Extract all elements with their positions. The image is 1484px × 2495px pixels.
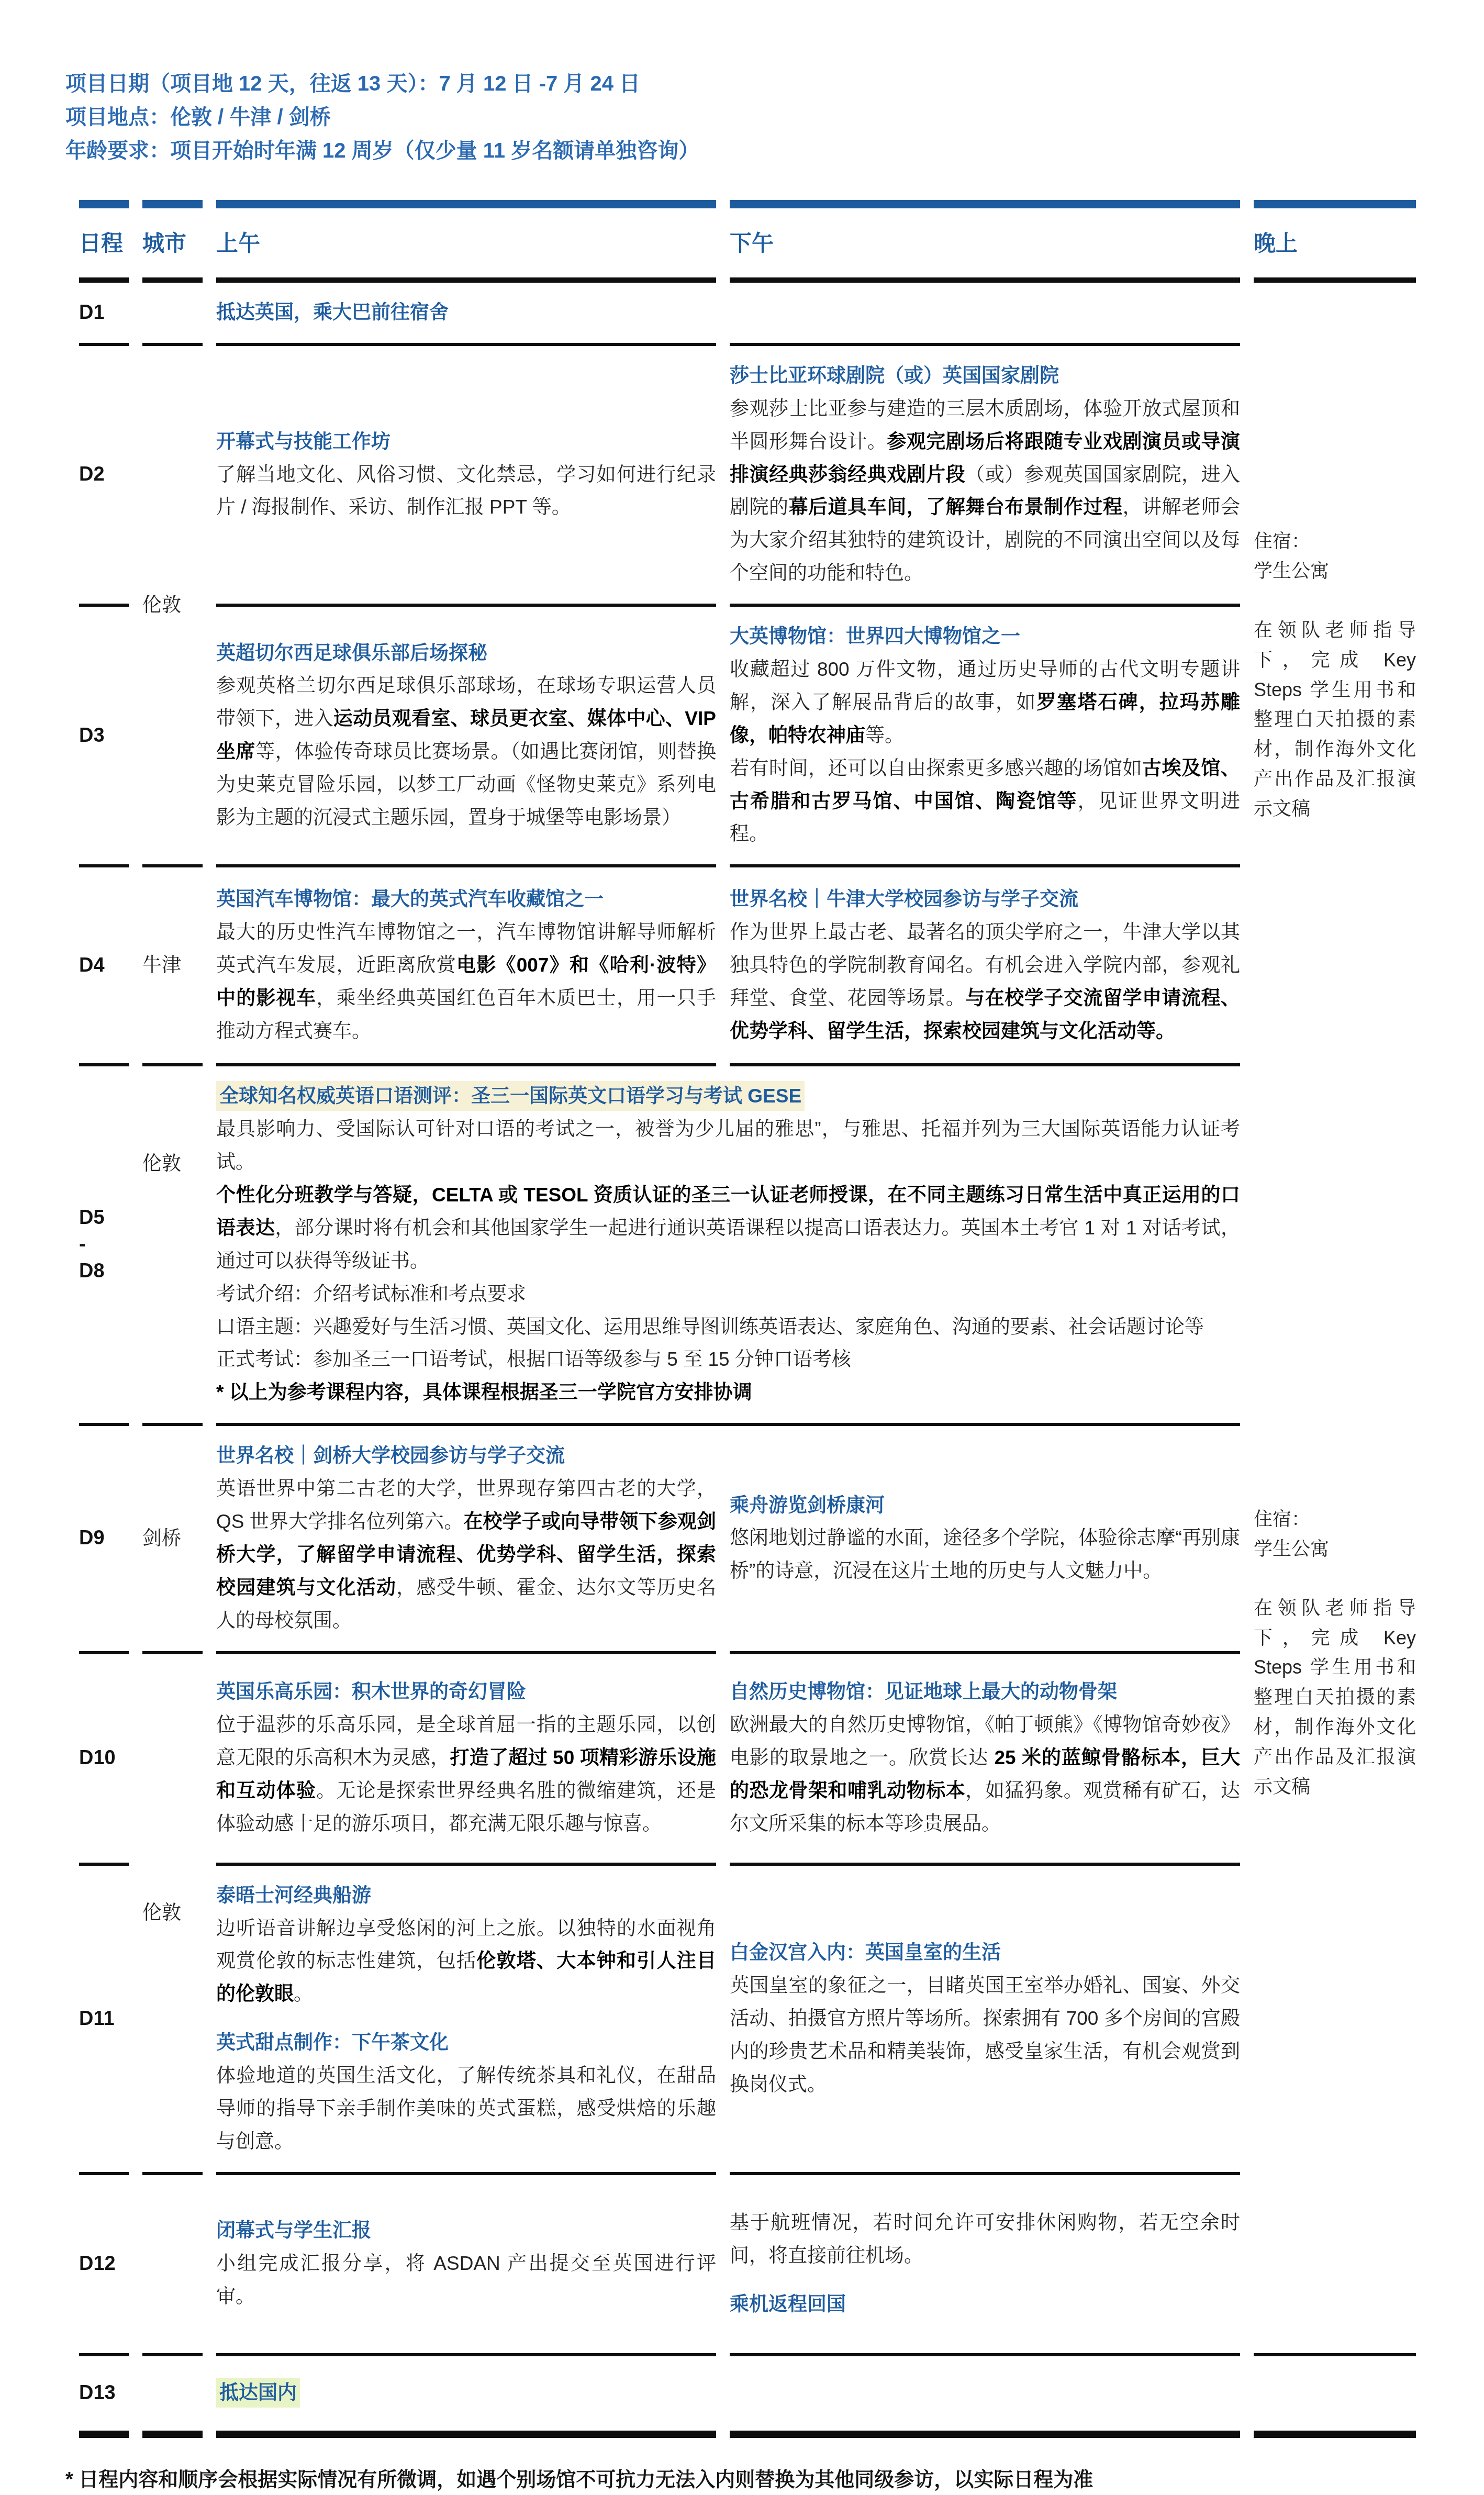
activity-title-text: 英国汽车博物馆：最大的英式汽车收藏馆之一: [216, 888, 604, 910]
activity-title: 白金汉宫入内：英国皇室的生活: [730, 1936, 1240, 1969]
activity-description: 悠闲地划过静谧的水面，途径多个学院，体验徐志摩“再别康桥”的诗意，沉浸在这片土地…: [730, 1522, 1240, 1588]
activity-description: 口语主题：兴趣爱好与生活习惯、英国文化、运用思维导图训练英语表达、家庭角色、沟通…: [216, 1311, 1240, 1344]
table-header-row: 日程 城市 上午 下午 晚上: [79, 200, 1416, 283]
d12-morning: 闭幕式与学生汇报小组完成汇报分享，将 ASDAN 产出提交至英国进行评审。: [216, 2175, 716, 2356]
day-label-d9: D9: [79, 1426, 129, 1654]
activity-title: 世界名校｜剑桥大学校园参访与学子交流: [216, 1440, 716, 1473]
col-header-evening: 晚上: [1254, 200, 1416, 283]
d1-morning: 抵达英国，乘大巴前往宿舍: [216, 283, 716, 346]
activity-description: 正式考试：参加圣三一口语考试，根据口语等级参与 5 至 15 分钟口语考核: [216, 1343, 1240, 1376]
evening-task-note: 在领队老师指导下，完成 Key Steps 学生用书和整理白天拍摄的素材，制作海…: [1254, 1594, 1416, 1802]
d4-afternoon: 世界名校｜牛津大学校园参访与学子交流作为世界上最古老、最著名的顶尖学府之一，牛津…: [730, 867, 1240, 1066]
evening-empty-cell: [1254, 2356, 1416, 2438]
activity-description: 边听语音讲解边享受悠闲的河上之旅。以独特的水面视角观赏伦敦的标志性建筑，包括伦敦…: [216, 1912, 716, 2011]
day-label-d12: D12: [79, 2175, 129, 2356]
activity-title-text: 开幕式与技能工作坊: [216, 431, 390, 452]
d2-morning: 开幕式与技能工作坊了解当地文化、风俗习惯、文化禁忌，学习如何进行纪录片 / 海报…: [216, 346, 716, 607]
activity-title-text: 抵达英国，乘大巴前往宿舍: [216, 302, 449, 323]
activity-description: * 以上为参考课程内容，具体课程根据圣三一学院官方安排协调: [216, 1376, 1240, 1409]
d11-afternoon: 白金汉宫入内：英国皇室的生活英国皇室的象征之一，目睹英国王室举办婚礼、国宴、外交…: [730, 1866, 1240, 2175]
activity-title-text: 全球知名权威英语口语测评：圣三一国际英文口语学习与考试 GESE: [216, 1081, 805, 1111]
activity-title: 开幕式与技能工作坊: [216, 426, 716, 459]
activity-description: 参观英格兰切尔西足球俱乐部球场，在球场专职运营人员带领下，进入运动员观看室、球员…: [216, 670, 716, 834]
activity-description: 作为世界上最古老、最著名的顶尖学府之一，牛津大学以其独具特色的学院制教育闻名。有…: [730, 916, 1240, 1048]
activity-title: 英式甜点制作：下午茶文化: [216, 2026, 716, 2059]
activity-title: 英国汽车博物馆：最大的英式汽车收藏馆之一: [216, 883, 716, 916]
activity-title: 抵达国内: [216, 2377, 716, 2410]
activity-title-text: 世界名校｜牛津大学校园参访与学子交流: [730, 888, 1078, 910]
activity-title-text: 莎士比亚环球剧院（或）英国国家剧院: [730, 365, 1059, 386]
evening-note-block-1: 住宿： 学生公寓在领队老师指导下，完成 Key Steps 学生用书和整理白天拍…: [1254, 527, 1416, 824]
day-label-d1: D1: [79, 283, 129, 346]
day-label-d10: D10: [79, 1654, 129, 1866]
activity-title: 莎士比亚环球剧院（或）英国国家剧院: [730, 360, 1240, 393]
city-label-d10: 伦敦: [142, 1654, 203, 2175]
d5-d8-course: 全球知名权威英语口语测评：圣三一国际英文口语学习与考试 GESE最具影响力、受国…: [216, 1066, 1240, 1426]
footnote: * 日程内容和顺序会根据实际情况有所微调，如遇个别场馆不可抗力无法入内则替换为其…: [65, 2465, 1430, 2495]
activity-title: 自然历史博物馆：见证地球上最大的动物骨架: [730, 1676, 1240, 1709]
activity-title-text: 世界名校｜剑桥大学校园参访与学子交流: [216, 1445, 565, 1466]
table-row-d5-d8: D5 - D8伦敦全球知名权威英语口语测评：圣三一国际英文口语学习与考试 GES…: [79, 1066, 1416, 1426]
project-info: 项目日期（项目地 12 天，往返 13 天）：7 月 12 日 -7 月 24 …: [65, 67, 1430, 168]
activity-title-text: 闭幕式与学生汇报: [216, 2220, 371, 2241]
d2-afternoon: 莎士比亚环球剧院（或）英国国家剧院参观莎士比亚参与建造的三层木质剧场，体验开放式…: [730, 346, 1240, 607]
project-dates: 项目日期（项目地 12 天，往返 13 天）：7 月 12 日 -7 月 24 …: [65, 67, 1430, 101]
col-header-morning: 上午: [216, 200, 716, 283]
activity-description: 若有时间，还可以自由探索更多感兴趣的场馆如古埃及馆、古希腊和古罗马馆、中国馆、陶…: [730, 752, 1240, 851]
table-row-d1: D1抵达英国，乘大巴前往宿舍住宿： 学生公寓在领队老师指导下，完成 Key St…: [79, 283, 1416, 346]
activity-title-text: 英式甜点制作：下午茶文化: [216, 2032, 449, 2053]
col-header-day: 日程: [79, 200, 129, 283]
table-row-d2: D2伦敦开幕式与技能工作坊了解当地文化、风俗习惯、文化禁忌，学习如何进行纪录片 …: [79, 346, 1416, 607]
d13-morning: 抵达国内: [216, 2356, 716, 2438]
accommodation-note: 住宿： 学生公寓: [1254, 1505, 1416, 1564]
activity-title-text: 自然历史博物馆：见证地球上最大的动物骨架: [730, 1681, 1117, 1702]
col-header-afternoon: 下午: [730, 200, 1240, 283]
city-label-d5-d8: 伦敦: [142, 1066, 203, 1426]
table-row-d11: D11泰晤士河经典船游边听语音讲解边享受悠闲的河上之旅。以独特的水面视角观赏伦敦…: [79, 1866, 1416, 2175]
table-row-d9: D9剑桥世界名校｜剑桥大学校园参访与学子交流英语世界中第二古老的大学，世界现存第…: [79, 1426, 1416, 1654]
activity-title: 英国乐高乐园：积木世界的奇幻冒险: [216, 1676, 716, 1709]
activity-title: 闭幕式与学生汇报: [216, 2214, 716, 2247]
d4-morning: 英国汽车博物馆：最大的英式汽车收藏馆之一最大的历史性汽车博物馆之一，汽车博物馆讲…: [216, 867, 716, 1066]
activity-description: 体验地道的英国生活文化，了解传统茶具和礼仪，在甜品导师的指导下亲手制作美味的英式…: [216, 2059, 716, 2158]
d12-afternoon: 基于航班情况，若时间允许可安排休闲购物，若无空余时间，将直接前往机场。乘机返程回…: [730, 2175, 1240, 2356]
table-row-d3: D3英超切尔西足球俱乐部后场探秘参观英格兰切尔西足球俱乐部球场，在球场专职运营人…: [79, 607, 1416, 867]
activity-description: 英国皇室的象征之一，目睹英国王室举办婚礼、国宴、外交活动、拍摄官方照片等场所。探…: [730, 1969, 1240, 2101]
activity-description: 收藏超过 800 万件文物，通过历史导师的古代文明专题讲解，深入了解展品背后的故…: [730, 653, 1240, 752]
d9-afternoon: 乘舟游览剑桥康河悠闲地划过静谧的水面，途径多个学院，体验徐志摩“再别康桥”的诗意…: [730, 1426, 1240, 1654]
activity-description: 参观莎士比亚参与建造的三层木质剧场，体验开放式屋顶和半圆形舞台设计。参观完剧场后…: [730, 393, 1240, 590]
activity-description: 小组完成汇报分享，将 ASDAN 产出提交至英国进行评审。: [216, 2247, 716, 2313]
day-label-d5-d8: D5 - D8: [79, 1066, 129, 1426]
activity-title: 抵达英国，乘大巴前往宿舍: [216, 296, 716, 329]
activity-title: 大英博物馆：世界四大博物馆之一: [730, 620, 1240, 653]
activity-title: 全球知名权威英语口语测评：圣三一国际英文口语学习与考试 GESE: [216, 1080, 1240, 1113]
activity-title-text: 泰晤士河经典船游: [216, 1885, 371, 1906]
city-empty-d13: [142, 2356, 203, 2438]
day-label-d13: D13: [79, 2356, 129, 2438]
activity-description: 欧洲最大的自然历史博物馆，《帕丁顿熊》《博物馆奇妙夜》电影的取景地之一。欣赏长达…: [730, 1709, 1240, 1841]
project-locations: 项目地点：伦敦 / 牛津 / 剑桥: [65, 101, 1430, 134]
activity-description: 个性化分班教学与答疑，CELTA 或 TESOL 资质认证的圣三一认证老师授课，…: [216, 1179, 1240, 1278]
age-requirement: 年龄要求：项目开始时年满 12 周岁（仅少量 11 岁名额请单独咨询）: [65, 134, 1430, 168]
city-label-d2: 伦敦: [142, 346, 203, 867]
table-row-d13: D13抵达国内: [79, 2356, 1416, 2438]
activity-description: 位于温莎的乐高乐园，是全球首屈一指的主题乐园，以创意无限的乐高积木为灵感，打造了…: [216, 1709, 716, 1841]
day-label-d2: D2: [79, 346, 129, 607]
activity-title: 泰晤士河经典船游: [216, 1879, 716, 1912]
d13-afternoon: [730, 2356, 1240, 2438]
activity-description: 考试介绍：介绍考试标准和考点要求: [216, 1278, 1240, 1311]
city-label-d4: 牛津: [142, 867, 203, 1066]
itinerary-page: 项目日期（项目地 12 天，往返 13 天）：7 月 12 日 -7 月 24 …: [0, 0, 1484, 2495]
itinerary-table: 日程 城市 上午 下午 晚上 D1抵达英国，乘大巴前往宿舍住宿： 学生公寓在领队…: [65, 200, 1430, 2438]
activity-title: 乘机返程回国: [730, 2288, 1240, 2321]
col-header-city: 城市: [142, 200, 203, 283]
activity-description: 基于航班情况，若时间允许可安排休闲购物，若无空余时间，将直接前往机场。: [730, 2207, 1240, 2273]
activity-title-text: 英超切尔西足球俱乐部后场探秘: [216, 642, 487, 664]
activity-title-text: 大英博物馆：世界四大博物馆之一: [730, 626, 1020, 647]
activity-title-text: 抵达国内: [216, 2378, 300, 2408]
d10-morning: 英国乐高乐园：积木世界的奇幻冒险位于温莎的乐高乐园，是全球首屈一指的主题乐园，以…: [216, 1654, 716, 1866]
accommodation-note: 住宿： 学生公寓: [1254, 527, 1416, 586]
activity-description: 英语世界中第二古老的大学，世界现存第四古老的大学，QS 世界大学排名位列第六。在…: [216, 1473, 716, 1637]
day-label-d3: D3: [79, 607, 129, 867]
city-empty-d1: [142, 283, 203, 346]
city-label-d9: 剑桥: [142, 1426, 203, 1654]
activity-title: 英超切尔西足球俱乐部后场探秘: [216, 637, 716, 670]
activity-title: 世界名校｜牛津大学校园参访与学子交流: [730, 883, 1240, 916]
activity-description: 最具影响力、受国际认可针对口语的考试之一，被誉为少儿届的雅思”，与雅思、托福并列…: [216, 1113, 1240, 1179]
evening-note-block-2: 住宿： 学生公寓在领队老师指导下，完成 Key Steps 学生用书和整理白天拍…: [1254, 1505, 1416, 1802]
d3-morning: 英超切尔西足球俱乐部后场探秘参观英格兰切尔西足球俱乐部球场，在球场专职运营人员带…: [216, 607, 716, 867]
table-row-d10: D10伦敦英国乐高乐园：积木世界的奇幻冒险位于温莎的乐高乐园，是全球首屈一指的主…: [79, 1654, 1416, 1866]
d1-afternoon: [730, 283, 1240, 346]
activity-title: 乘舟游览剑桥康河: [730, 1489, 1240, 1522]
table-row-d12: D12闭幕式与学生汇报小组完成汇报分享，将 ASDAN 产出提交至英国进行评审。…: [79, 2175, 1416, 2356]
activity-title-text: 乘舟游览剑桥康河: [730, 1495, 885, 1516]
evening-task-note: 在领队老师指导下，完成 Key Steps 学生用书和整理白天拍摄的素材，制作海…: [1254, 616, 1416, 824]
activity-description: 最大的历史性汽车博物馆之一，汽车博物馆讲解导师解析英式汽车发展，近距离欣赏电影《…: [216, 916, 716, 1048]
d3-afternoon: 大英博物馆：世界四大博物馆之一收藏超过 800 万件文物，通过历史导师的古代文明…: [730, 607, 1240, 867]
activity-title-text: 白金汉宫入内：英国皇室的生活: [730, 1942, 1001, 1963]
table-row-d4: D4牛津英国汽车博物馆：最大的英式汽车收藏馆之一最大的历史性汽车博物馆之一，汽车…: [79, 867, 1416, 1066]
d11-morning: 泰晤士河经典船游边听语音讲解边享受悠闲的河上之旅。以独特的水面视角观赏伦敦的标志…: [216, 1866, 716, 2175]
city-empty-d12: [142, 2175, 203, 2356]
activity-title-text: 英国乐高乐园：积木世界的奇幻冒险: [216, 1681, 526, 1702]
day-label-d11: D11: [79, 1866, 129, 2175]
evening-note-cell: 住宿： 学生公寓在领队老师指导下，完成 Key Steps 学生用书和整理白天拍…: [1254, 283, 1416, 2356]
day-label-d4: D4: [79, 867, 129, 1066]
activity-title-text: 乘机返程回国: [730, 2293, 846, 2315]
activity-description: 了解当地文化、风俗习惯、文化禁忌，学习如何进行纪录片 / 海报制作、采访、制作汇…: [216, 459, 716, 525]
d9-morning: 世界名校｜剑桥大学校园参访与学子交流英语世界中第二古老的大学，世界现存第四古老的…: [216, 1426, 716, 1654]
d10-afternoon: 自然历史博物馆：见证地球上最大的动物骨架欧洲最大的自然历史博物馆，《帕丁顿熊》《…: [730, 1654, 1240, 1866]
